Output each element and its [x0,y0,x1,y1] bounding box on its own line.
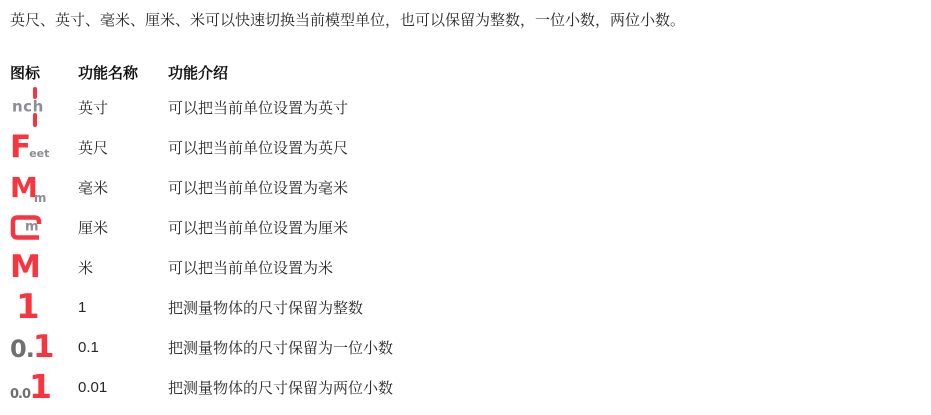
inch-icon-cell: nch [10,87,78,127]
header-name-column: 功能名称 [78,62,168,83]
inch-icon-letters: nch [12,100,44,115]
mm-icon-cell: Mm [10,167,78,207]
two-decimal-name: 0.01 [78,379,168,396]
feet-icon-red-glyph: F [10,132,31,163]
units-help-page: 英尺、英寸、毫米、厘米、米可以快速切换当前模型单位，也可以保留为整数，一位小数，… [0,0,931,407]
two-decimal-icon-cell: 0.01 [10,367,78,407]
table-body: nch 英寸 可以把当前单位设置为英寸 Feet 英尺 可以把当前单位设置为英尺… [10,87,921,407]
m-description: 可以把当前单位设置为米 [168,257,921,278]
m-row: M 米 可以把当前单位设置为米 [10,247,921,287]
one-decimal-icon-cell: 0.1 [10,327,78,367]
units-table: 图标 功能名称 功能介绍 nch 英寸 可以把当前单位设置为英寸 Feet 英尺… [10,61,921,407]
one-decimal-icon-gray-digits: 0. [10,337,34,361]
cm-description: 可以把当前单位设置为厘米 [168,217,921,238]
mm-row: Mm 毫米 可以把当前单位设置为毫米 [10,167,921,207]
mm-icon: Mm [10,167,66,207]
inch-row: nch 英寸 可以把当前单位设置为英寸 [10,87,921,127]
inch-description: 可以把当前单位设置为英寸 [168,97,921,118]
feet-icon-gray-letters: eet [29,148,49,159]
two-decimal-row: 0.01 0.01 把测量物体的尺寸保留为两位小数 [10,367,921,407]
integer-row: 1 1 把测量物体的尺寸保留为整数 [10,287,921,327]
one-decimal-icon: 0.1 [10,327,66,367]
m-icon-red-glyph: M [10,252,41,283]
m-icon: M [10,247,66,287]
feet-icon: Feet [10,127,66,167]
two-decimal-icon-red-glyph: 1 [29,370,52,403]
two-decimal-icon: 0.01 [10,367,66,407]
cm-icon: m [10,207,66,247]
table-header-row: 图标 功能名称 功能介绍 [10,61,921,83]
inch-name: 英寸 [78,97,168,118]
inch-icon: nch [10,87,66,127]
cm-row: m 厘米 可以把当前单位设置为厘米 [10,207,921,247]
header-icon-column: 图标 [10,62,78,83]
one-decimal-name: 0.1 [78,339,168,356]
two-decimal-description: 把测量物体的尺寸保留为两位小数 [168,377,921,398]
feet-row: Feet 英尺 可以把当前单位设置为英尺 [10,127,921,167]
cm-icon-cell: m [10,207,78,247]
integer-name: 1 [78,299,168,316]
cm-name: 厘米 [78,217,168,238]
header-desc-column: 功能介绍 [168,62,921,83]
m-icon-cell: M [10,247,78,287]
feet-description: 可以把当前单位设置为英尺 [168,137,921,158]
one-decimal-row: 0.1 0.1 把测量物体的尺寸保留为一位小数 [10,327,921,367]
integer-icon: 1 [10,287,66,327]
intro-text: 英尺、英寸、毫米、厘米、米可以快速切换当前模型单位，也可以保留为整数，一位小数，… [10,11,921,31]
two-decimal-icon-gray-digits: 0.0 [10,388,30,401]
m-name: 米 [78,257,168,278]
mm-icon-gray-letters: m [34,192,47,204]
integer-icon-cell: 1 [10,287,78,327]
cm-icon-m-letter: m [25,221,39,234]
mm-name: 毫米 [78,177,168,198]
feet-name: 英尺 [78,137,168,158]
integer-icon-red-glyph: 1 [16,290,40,324]
feet-icon-cell: Feet [10,127,78,167]
one-decimal-description: 把测量物体的尺寸保留为一位小数 [168,337,921,358]
integer-description: 把测量物体的尺寸保留为整数 [168,297,921,318]
one-decimal-icon-red-glyph: 1 [33,332,55,363]
mm-description: 可以把当前单位设置为毫米 [168,177,921,198]
